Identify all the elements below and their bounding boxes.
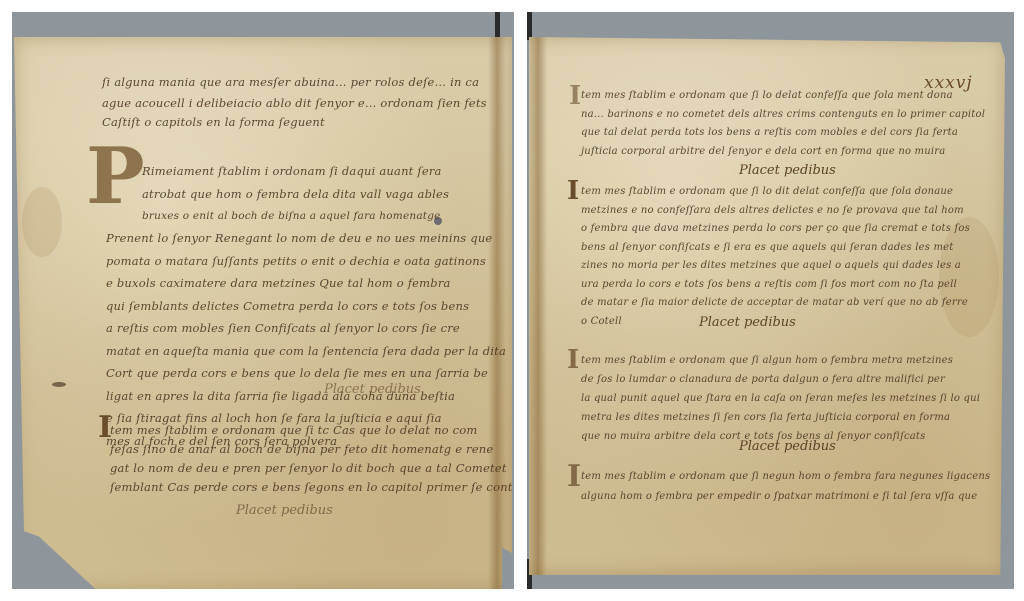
initial-i: I <box>567 461 581 493</box>
initial-i: I <box>567 177 579 205</box>
placet-annotation: Placet pedibus <box>739 163 836 178</box>
text-line: metzines e no confeſſara dels altres del… <box>581 202 970 221</box>
text-line: ſi alguna mania que ara mesſer abuina… p… <box>102 71 487 94</box>
text-line: na… barinons e no cometet dels altres cr… <box>581 106 985 125</box>
text-line: que tal delat perda tots los bens a reſt… <box>581 124 985 143</box>
text-line: Cort que perda cors e bens que lo dela ſ… <box>106 362 506 385</box>
text-line: tem mes ſtablim e ordonam que ſi algun h… <box>581 351 980 370</box>
initial-i: I <box>569 82 581 110</box>
gutter-fold <box>529 37 547 575</box>
text-line: Rimeiament ſtablim i ordonam ſi daqui au… <box>142 160 449 183</box>
text-line: a reſtis com mobles ſien Confiſcats al ſ… <box>106 317 506 340</box>
text-line: e buxols caximatere dara metzines Que ta… <box>106 272 506 295</box>
text-line: la qual punit aquel que ſtara en la caſa… <box>581 389 980 408</box>
text-line: o fembra que dava metzines perda lo cors… <box>581 220 970 239</box>
text-line: zines no moria per les dites metzines qu… <box>581 257 970 276</box>
section-1-body: Prenent lo ſenyor Renegant lo nom de deu… <box>106 227 506 452</box>
placet-annotation: Placet pedibus <box>739 439 836 454</box>
stain <box>22 187 62 257</box>
text-line: alguna hom o fembra per empedir o ſpatxa… <box>581 487 990 507</box>
text-line: metra les dites metzines ſi ſen cors ſia… <box>581 408 980 427</box>
text-line: feſas ſino de anar al boch de biſna per … <box>110 440 514 459</box>
ink-blot <box>52 382 66 387</box>
right-leaf-photo: xxxvj I tem mes ſtablim e ordonam que ſi… <box>527 12 1014 589</box>
text-line: pomata o matara ſuſſants petits o enit o… <box>106 250 506 273</box>
text-line: de matar e ſia maior delicte de acceptar… <box>581 294 970 313</box>
placet-annotation: Placet pedibus <box>699 315 796 330</box>
text-line: gat lo nom de deu e pren per ſenyor lo d… <box>110 459 514 478</box>
section-1-line-3: bruxes o enit al boch de biſna a aquel f… <box>142 205 441 228</box>
text-line: ura perda lo cors e tots ſos bens a reſt… <box>581 276 970 295</box>
text-line: juſticia corporal arbitre del ſenyor e d… <box>581 143 985 162</box>
text-line: tem mes ſtablim e ordonam que ſi lo dit … <box>581 183 970 202</box>
left-leaf-photo: ſi alguna mania que ara mesſer abuina… p… <box>12 12 514 589</box>
text-line: tem mes ſtablim e ordonam que ſi negun h… <box>581 467 990 487</box>
section-3-body: tem mes ſtablim e ordonam que ſi algun h… <box>581 351 980 446</box>
text-line: tem mes ſtablim e ordonam que ſi tc Cas … <box>110 421 514 440</box>
section-1-body: tem mes ſtablim e ordonam que ſi lo dela… <box>581 87 985 161</box>
text-line: bruxes o enit al boch de biſna a aquel f… <box>142 205 441 228</box>
text-line: bens al ſenyor confiſcats e ſi era es qu… <box>581 239 970 258</box>
parchment-leaf-right: xxxvj I tem mes ſtablim e ordonam que ſi… <box>529 37 1005 575</box>
binding-clip-top <box>495 12 500 40</box>
section-2-body: tem mes ſtablim e ordonam que ſi lo dit … <box>581 183 970 331</box>
text-line: matat en aqueſta mania que com la ſenten… <box>106 340 506 363</box>
section-4-body: tem mes ſtablim e ordonam que ſi negun h… <box>581 467 990 507</box>
placet-annotation: Placet pedibus <box>324 382 421 397</box>
initial-i: I <box>567 346 579 374</box>
text-line: atrobat que hom o fembra dela dita vall … <box>142 183 449 206</box>
section-2-body: tem mes ſtablim e ordonam que ſi tc Cas … <box>110 421 514 497</box>
text-line: Prenent lo ſenyor Renegant lo nom de deu… <box>106 227 506 250</box>
binding-clip-top <box>527 12 532 40</box>
decorated-initial-p: P <box>86 137 145 217</box>
text-line: ague acoucell i delibeiacio ablo dit ſen… <box>102 94 487 113</box>
text-line: qui ſemblants delictes Cometra perda lo … <box>106 295 506 318</box>
intro-text: ſi alguna mania que ara mesſer abuina… p… <box>102 71 487 132</box>
text-line: ſemblant Cas perde cors e bens ſegons en… <box>110 478 514 497</box>
text-line: de ſos lo lumdar o clanadura de porta da… <box>581 370 980 389</box>
text-line: ligat en apres la dita ſarria ſie ligada… <box>106 385 506 408</box>
text-line: Caſtiſt o capitols en la forma ſeguent <box>102 113 487 132</box>
parchment-leaf-left: ſi alguna mania que ara mesſer abuina… p… <box>14 37 512 589</box>
text-line: tem mes ſtablim e ordonam que ſi lo dela… <box>581 87 985 106</box>
placet-annotation: Placet pedibus <box>236 503 333 518</box>
section-1-head: Rimeiament ſtablim i ordonam ſi daqui au… <box>142 160 449 205</box>
